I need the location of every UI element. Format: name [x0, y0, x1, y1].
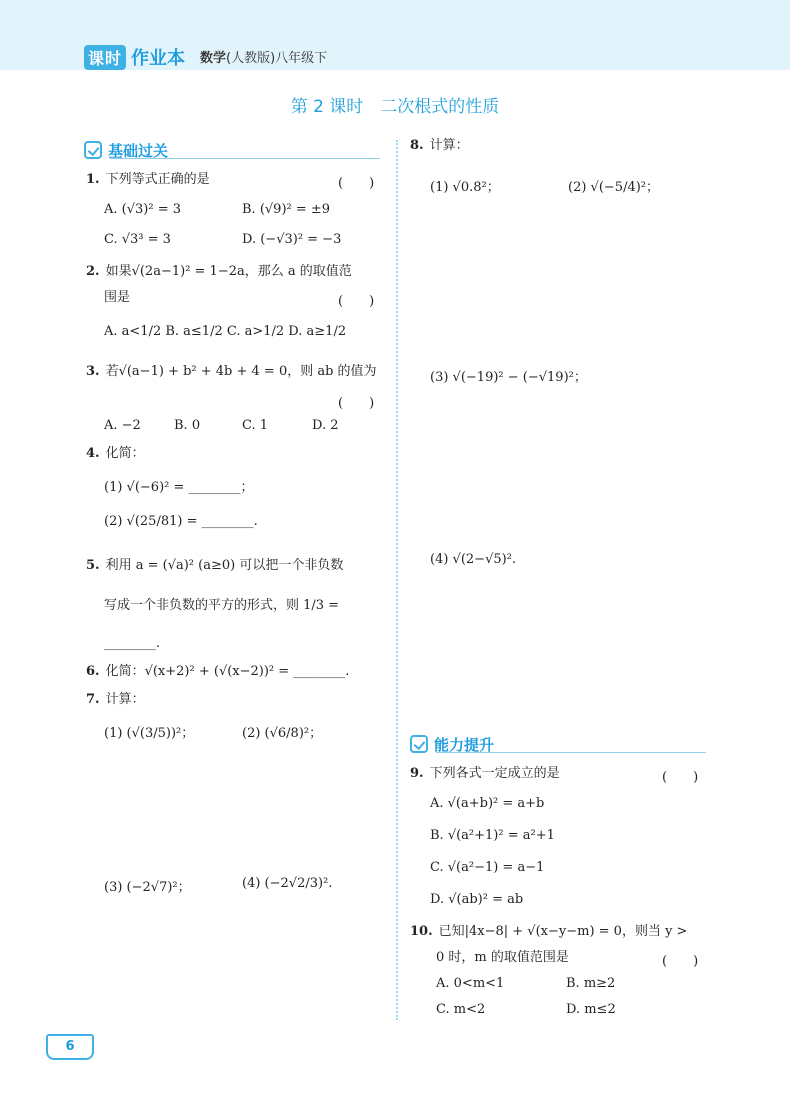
q9-option-d: D. √(ab)² = ab	[430, 892, 523, 907]
logo: 课时 作业本	[84, 44, 185, 70]
checkbox-icon	[84, 141, 102, 159]
question-7: 7.计算：	[86, 690, 145, 710]
question-10: 10.已知|4x−8| + √(x−y−m) = 0，则当 y >	[410, 922, 687, 942]
q3-option-a: A. −2	[104, 418, 141, 433]
q3-option-d: D. 2	[312, 418, 339, 433]
question-9: 9.下列各式一定成立的是	[410, 764, 560, 784]
page-number: 6	[65, 1039, 74, 1054]
subject: 数学	[200, 51, 226, 66]
q7-part-4: (4) (−2√2/3)².	[242, 876, 332, 891]
logo-text: 作业本	[131, 44, 185, 70]
answer-paren: ( )	[338, 172, 374, 191]
q8-part-1: (1) √0.8²；	[430, 176, 500, 195]
answer-paren: ( )	[338, 392, 374, 411]
q10-option-d: D. m≤2	[566, 1002, 616, 1017]
edition: (人教版)八年级下	[226, 51, 327, 66]
q7-part-2: (2) (√6/8)²；	[242, 722, 322, 741]
q3-option-b: B. 0	[174, 418, 200, 433]
checkbox-icon	[410, 735, 428, 753]
q8-part-4: (4) √(2−√5)².	[430, 552, 516, 567]
page-number-book-icon: 6	[46, 1034, 94, 1060]
q9-option-b: B. √(a²+1)² = a²+1	[430, 828, 555, 843]
q10-option-b: B. m≥2	[566, 976, 615, 991]
q4-part-2: (2) √(25/81) = ________.	[104, 514, 258, 529]
lesson-title: 第 2 课时 二次根式的性质	[0, 92, 790, 117]
q3-option-c: C. 1	[242, 418, 268, 433]
question-6: 6.化简：√(x+2)² + (√(x−2))² = ________.	[86, 662, 349, 682]
question-3: 3.若√(a−1) + b² + 4b + 4 = 0，则 ab 的值为	[86, 362, 377, 382]
q9-option-a: A. √(a+b)² = a+b	[430, 796, 544, 811]
question-10-cont: 0 时，m 的取值范围是	[436, 948, 569, 968]
answer-paren: ( )	[338, 290, 374, 309]
section-underline	[110, 158, 380, 159]
q1-option-d: D. (−√3)² = −3	[242, 232, 341, 247]
question-2-cont: 围是	[104, 288, 130, 308]
question-4: 4.化简：	[86, 444, 145, 464]
q7-part-3: (3) (−2√7)²；	[104, 876, 191, 895]
q8-part-3: (3) √(−19)² − (−√19)²；	[430, 366, 587, 385]
question-1: 1.下列等式正确的是	[86, 170, 210, 190]
q10-option-c: C. m<2	[436, 1002, 485, 1017]
q8-part-2: (2) √(−5/4)²；	[568, 176, 659, 195]
column-divider	[396, 140, 398, 1020]
question-5: 5.利用 a = (√a)² (a≥0) 可以把一个非负数	[86, 556, 343, 576]
page-header: 课时 作业本 数学(人教版)八年级下	[0, 0, 790, 70]
section-underline	[436, 752, 706, 753]
q10-option-a: A. 0<m<1	[436, 976, 504, 991]
answer-paren: ( )	[662, 950, 698, 969]
logo-box: 课时	[84, 45, 126, 70]
q9-option-c: C. √(a²−1) = a−1	[430, 860, 544, 875]
q1-option-a: A. (√3)² = 3	[104, 202, 181, 217]
question-8: 8.计算：	[410, 136, 469, 156]
question-5-blank: ________.	[104, 634, 160, 654]
question-2: 2.如果√(2a−1)² = 1−2a，那么 a 的取值范	[86, 262, 352, 282]
q4-part-1: (1) √(−6)² = ________；	[104, 476, 254, 495]
answer-paren: ( )	[662, 766, 698, 785]
q2-options: A. a<1/2 B. a≤1/2 C. a>1/2 D. a≥1/2	[104, 324, 346, 339]
question-5-cont: 写成一个非负数的平方的形式，则 1/3 =	[104, 596, 339, 616]
book-info: 数学(人教版)八年级下	[200, 47, 327, 66]
q7-part-1: (1) (√(3/5))²；	[104, 722, 194, 741]
q1-option-b: B. (√9)² = ±9	[242, 202, 330, 217]
q1-option-c: C. √3³ = 3	[104, 232, 171, 247]
